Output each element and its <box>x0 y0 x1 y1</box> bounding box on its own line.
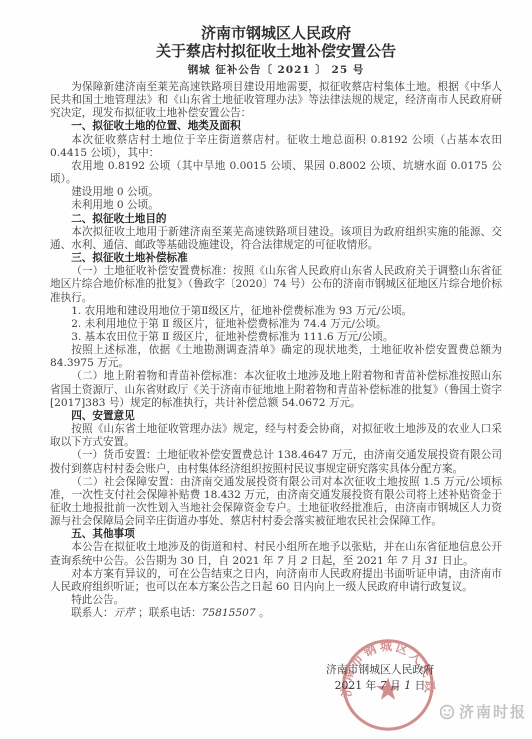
watermark-text: 济南时报 <box>459 701 527 722</box>
handwritten-start-day: 2 <box>301 555 308 567</box>
contact-phone-label: ；联系电话： <box>138 607 202 619</box>
section-5-heading: 五、其他事项 <box>50 528 502 541</box>
section-4-paragraph: （二）社会保障安置：由济南交通发展投资有限公司对本次征收土地按照 1.5 万元/… <box>50 476 502 529</box>
document-content: 济南市钢城区人民政府 关于蔡店村拟征收土地补偿安置公告 钢城 征补公告〔 202… <box>50 24 502 620</box>
document-page: 济南市钢城区人民政府 关于蔡店村拟征收土地补偿安置公告 钢城 征补公告〔 202… <box>0 0 532 739</box>
section-4-paragraph: （一）货币安置：土地征收补偿安置费总计 138.4647 万元，由济南交通发展投… <box>50 449 502 475</box>
signature-date: 2021 年 7 月 1 日 <box>326 678 434 694</box>
section-4-paragraph: 按照《山东省土地征收管理办法》规定，经与村委会协商，对拟征收土地涉及的农业人口采… <box>50 423 502 449</box>
contact-name-label: 联系人： <box>71 607 113 619</box>
notice-title: 关于蔡店村拟征收土地补偿安置公告 <box>50 42 502 60</box>
section-3-item: 1. 农用地和建设用地位于第Ⅱ级区片，征地补偿费标准为 93 万元/公顷。 <box>50 305 502 318</box>
section-3-heading: 三、拟征收土地补偿标准 <box>50 252 502 265</box>
signature-org: 济南市钢城区人民政府 <box>326 662 434 678</box>
signature-date-text: 2021 年 <box>335 679 380 692</box>
signature-date-text: 日 <box>411 679 425 692</box>
handwritten-end-day: 31 <box>425 555 438 567</box>
jinan-times-watermark: 济南时报 <box>439 701 527 722</box>
contact-line: 联系人：亓芹 ；联系电话：75815507 。 <box>50 607 502 620</box>
section-3-paragraph: 按照上述标准，依据《土地勘测调查清单》确定的现状地类，土地征收补偿安置费总额为 … <box>50 344 502 370</box>
notice-period-text: 日起，至 2021 年 <box>308 555 401 567</box>
notice-period-text: 月 <box>408 555 425 567</box>
contact-name: 亓芹 <box>114 607 135 619</box>
smiley-logo-icon <box>439 704 455 720</box>
notice-period-text: 月 <box>284 555 301 567</box>
signature-block: 济南市钢城区人民政府 2021 年 7 月 1 日 <box>326 662 434 694</box>
handwritten-start-month: 7 <box>277 555 284 567</box>
objection-paragraph: 对本方案有异议的，可在公告结束之日内，向济南市人民政府提出书面听证申请，由济南市… <box>50 568 502 594</box>
handwritten-sign-month: 7 <box>380 679 387 692</box>
contact-phone: 75815507 <box>202 607 256 619</box>
section-1-paragraph: 本次征收蔡店村土地位于辛庄街道蔡店村。征收土地总面积 0.8192 公顷（占基本… <box>50 134 502 160</box>
section-1-paragraph: 建设用地 0 公顷。 <box>50 186 502 199</box>
section-2-heading: 二、拟征收土地目的 <box>50 213 502 226</box>
closing-line: 特此公告。 <box>50 594 502 607</box>
section-2-paragraph: 本次拟征收土地用于新建济南至莱芜高速铁路项目建设。该项目为政府组织实施的能源、交… <box>50 226 502 252</box>
section-3-paragraph: （二）地上附着物和青苗补偿标准：本次征收土地涉及地上附着物和青苗补偿标准按照山东… <box>50 370 502 409</box>
intro-paragraph: 为保障新建济南至莱芜高速铁路项目建设用地需要，拟征收蔡店村集体土地。根据《中华人… <box>50 81 502 120</box>
section-3-item: 2. 未利用地位于第 Ⅱ 级区片，征地补偿费标准为 74.4 万元/公顷。 <box>50 318 502 331</box>
contact-period: 。 <box>259 607 270 619</box>
signature-date-text: 月 <box>387 679 405 692</box>
notice-period-text: 日止。 <box>439 555 474 567</box>
notice-period-paragraph: 本公告在拟征收土地涉及的街道和村、村民小组所在地予以张贴，并在山东省征地信息公开… <box>50 541 502 567</box>
section-1-heading: 一、拟征收土地的位置、地类及面积 <box>50 120 502 133</box>
document-body: 为保障新建济南至莱芜高速铁路项目建设用地需要，拟征收蔡店村集体土地。根据《中华人… <box>50 81 502 620</box>
section-3-paragraph: （一）土地征收补偿安置费标准：按照《山东省人民政府山东省人民政府关于调整山东省征… <box>50 265 502 304</box>
doc-number: 钢城 征补公告〔 2021 〕 25 号 <box>50 63 502 77</box>
section-1-paragraph: 农用地 0.8192 公顷（其中旱地 0.0015 公顷、果园 0.8002 公… <box>50 160 502 186</box>
page-title: 济南市钢城区人民政府 <box>50 24 502 42</box>
section-4-heading: 四、安置意见 <box>50 410 502 423</box>
section-3-item: 3. 基本农田位于第 Ⅱ 级区片，征地补偿费标准为 111.6 万元/公顷。 <box>50 331 502 344</box>
handwritten-end-month: 7 <box>401 555 408 567</box>
section-1-paragraph: 未利用地 0 公顷。 <box>50 199 502 212</box>
